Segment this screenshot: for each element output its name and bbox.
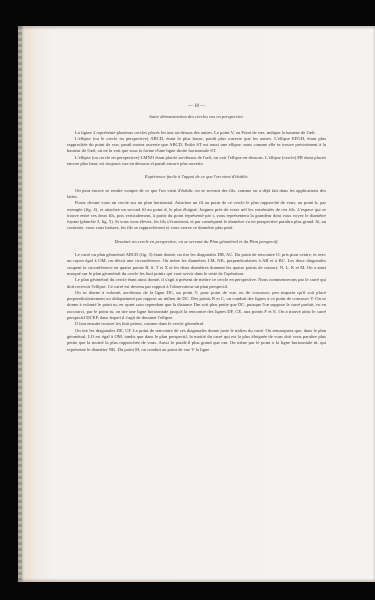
page-number: — 18 — (67, 104, 326, 110)
paragraph: L'ellipse (ou le cercle en perspective) … (67, 136, 326, 155)
paragraph: Posez devant vous un cercle sur un plan … (67, 200, 326, 231)
paragraph: L'ellipse (ou cercle en perspective) LMN… (67, 155, 326, 168)
paragraph: La figure 2 représente plusieurs cercles… (67, 130, 326, 136)
paragraph: Le plan géométral du cercle étant ainsi … (67, 277, 326, 290)
section-heading-3: Dessiner un cercle en perspective, en se… (67, 239, 326, 245)
paragraph: On se donne à volonté, au-dessus de la l… (67, 290, 326, 321)
paragraph: On peut encore se rendre compte de ce qu… (67, 188, 326, 201)
paragraph: On tire les diagonales DE, CF. Le point … (67, 328, 326, 353)
paragraph: Le carré ou plan géométral ABCD (fig. 3)… (67, 252, 326, 277)
page-text: — 18 — Autre démonstration des cercles v… (67, 104, 326, 353)
scanned-book-page: — 18 — Autre démonstration des cercles v… (18, 26, 375, 582)
section-heading-2: Expérience facile à l'appui de ce que l'… (67, 174, 326, 180)
section-heading-1: Autre démonstration des cercles vus en p… (67, 114, 326, 120)
